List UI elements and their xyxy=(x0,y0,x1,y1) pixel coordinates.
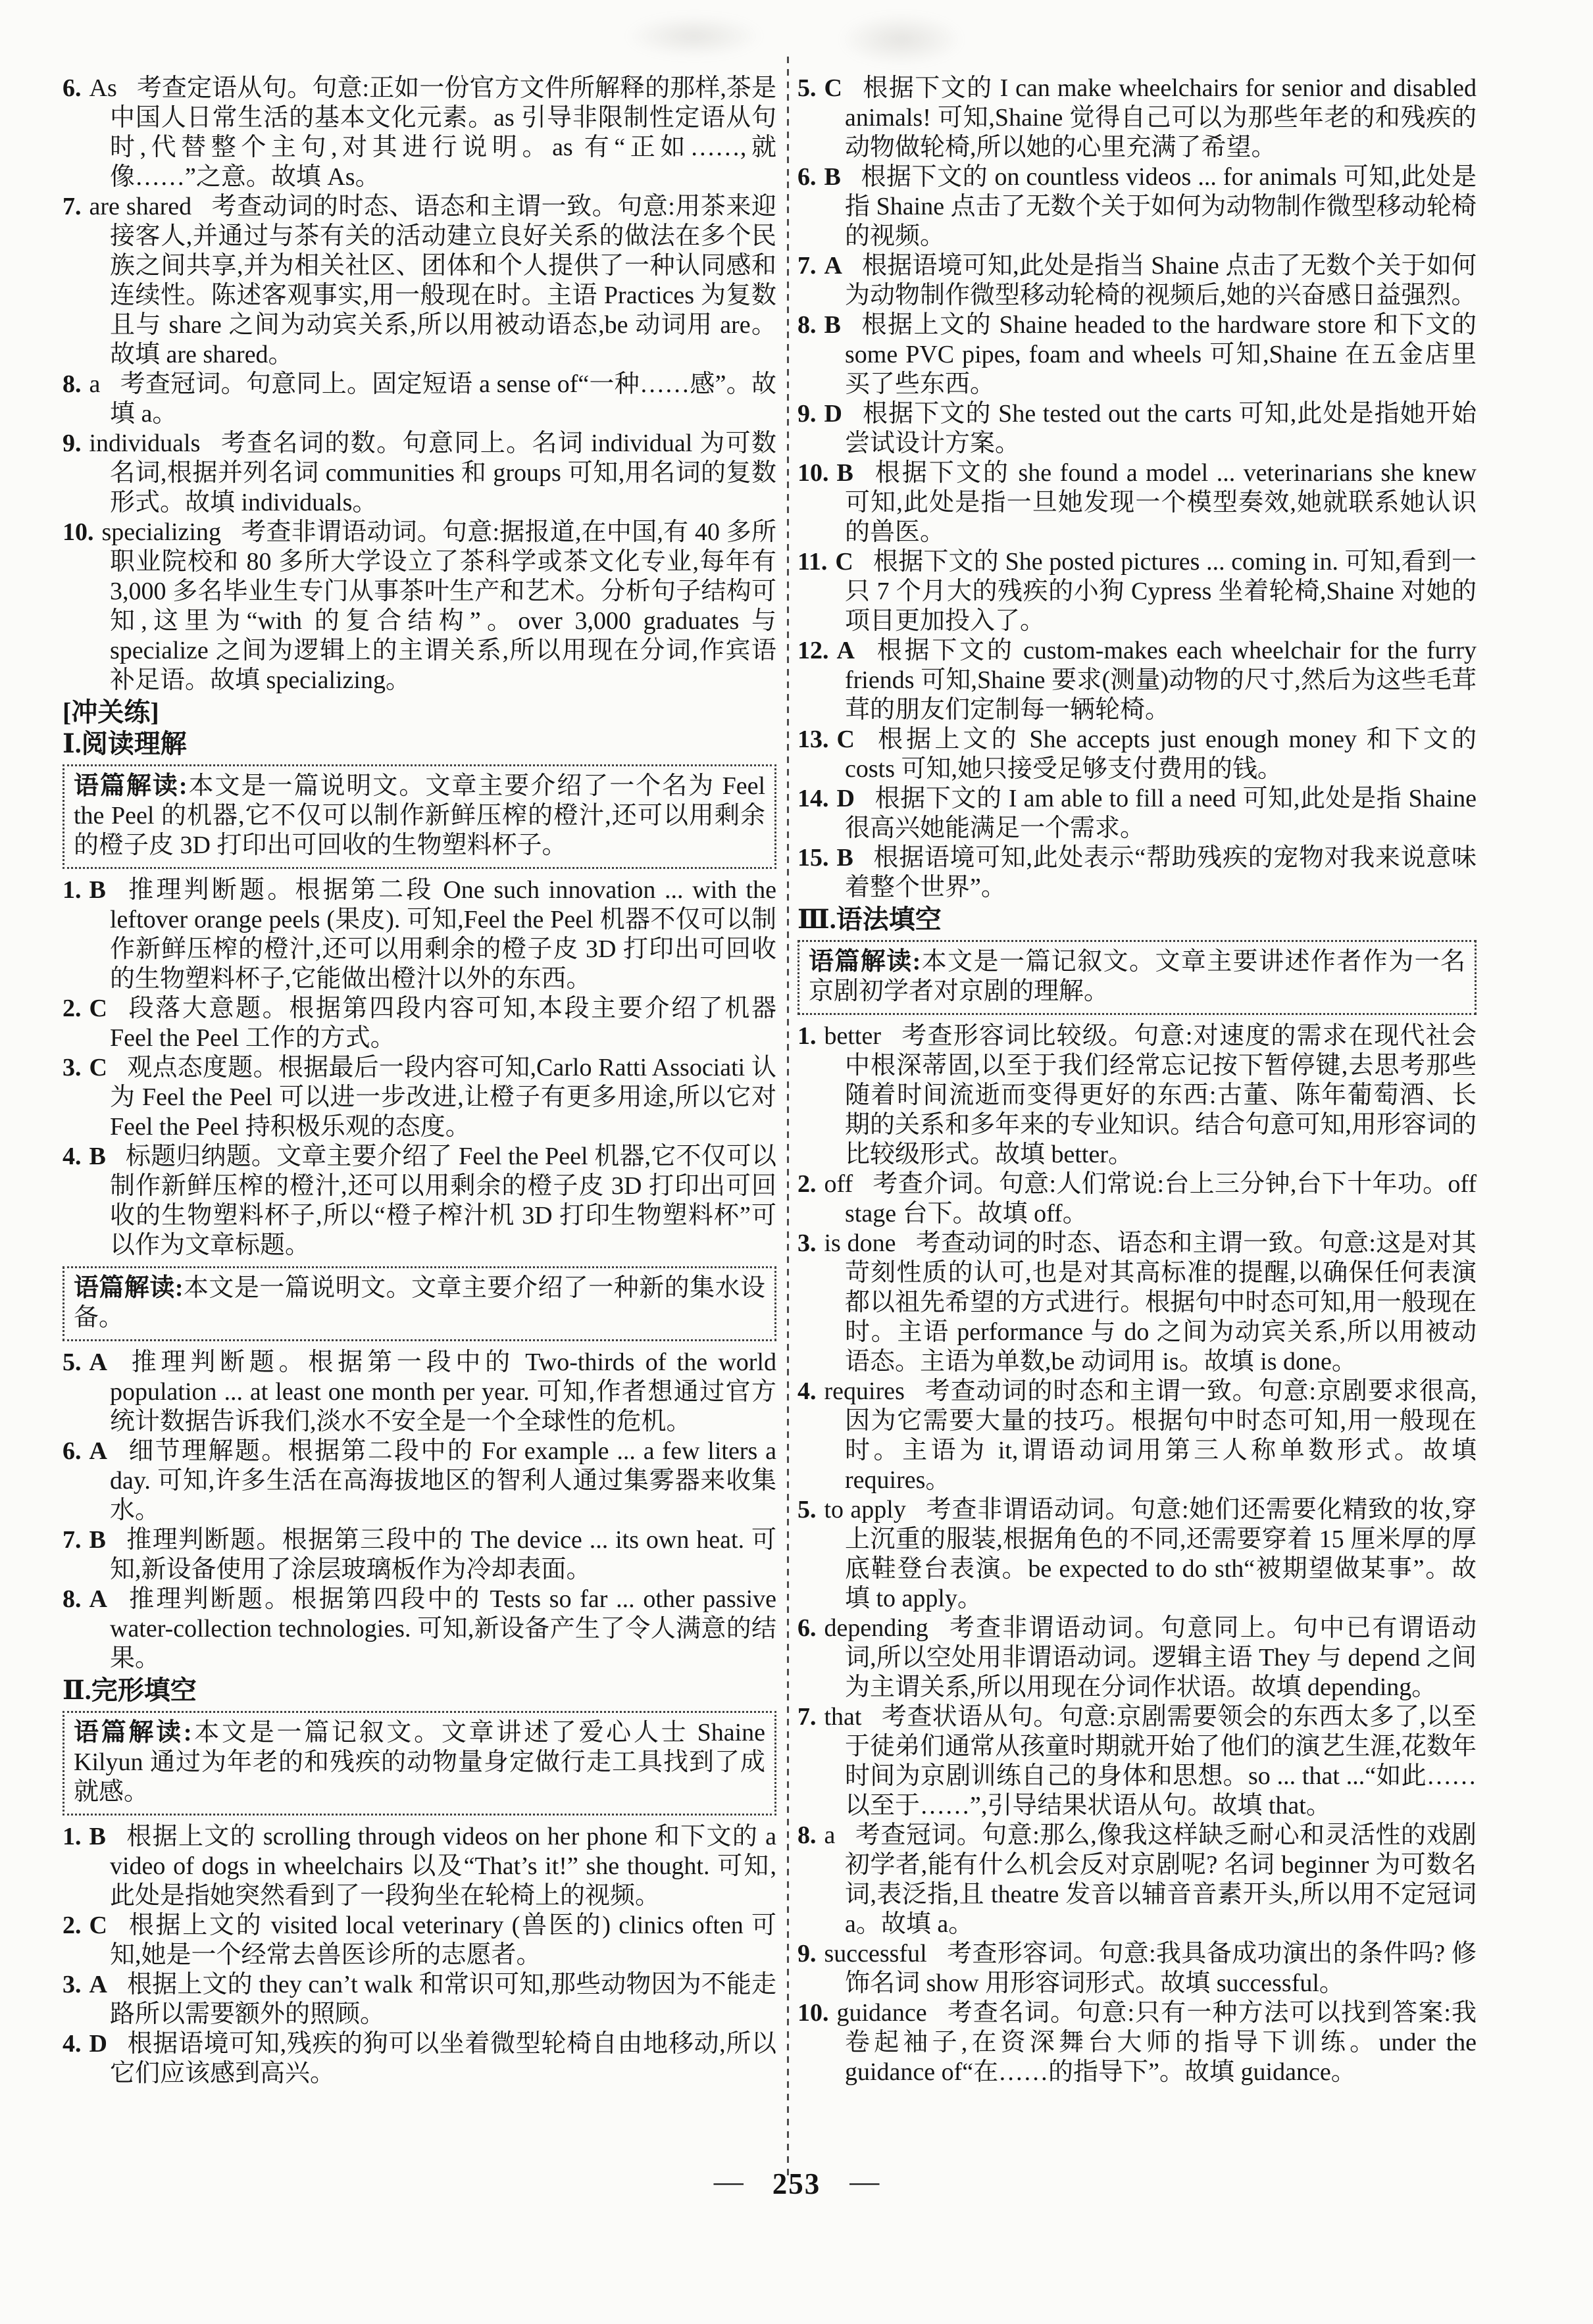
item-explanation: 根据下文的 she found a model ... veterinarian… xyxy=(845,459,1477,546)
item-explanation: 考查形容词比较级。句意:对速度的需求在现代社会中根深蒂固,以至于我们经常忘记按下… xyxy=(845,1022,1477,1168)
item-explanation: 考查动词的时态和主谓一致。句意:京剧要求很高,因为它需要大量的技巧。根据句中时态… xyxy=(845,1377,1477,1494)
item-explanation: 考查名词。句意:只有一种方法可以找到答案:我卷起袖子,在资深舞台大师的指导下训练… xyxy=(845,1999,1477,2086)
item-answer: A xyxy=(824,252,842,280)
item-number: 14. xyxy=(797,785,829,812)
item-number: 5. xyxy=(797,74,817,102)
item-number: 7. xyxy=(797,1703,817,1731)
item-answer: specializing xyxy=(102,518,221,546)
item-explanation: 观点态度题。根据最后一段内容可知,Carlo Ratti Associati 认… xyxy=(110,1054,776,1141)
item-number: 11. xyxy=(797,548,827,576)
item-explanation: 根据上文的 Shaine headed to the hardware stor… xyxy=(845,311,1477,398)
item-explanation: 考查定语从句。句意:正如一份官方文件所解释的那样,茶是中国人日常生活的基本文化元… xyxy=(110,74,776,191)
answer-item: 9.successful考查形容词。句意:我具备成功演出的条件吗? 修饰名词 s… xyxy=(797,1939,1477,1998)
item-explanation: 考查名词的数。句意同上。名词 individual 为可数名词,根据并列名词 c… xyxy=(110,430,776,516)
passage-analysis-label: 语篇解读: xyxy=(74,772,188,800)
answer-item: 1.better考查形容词比较级。句意:对速度的需求在现代社会中根深蒂固,以至于… xyxy=(797,1022,1477,1170)
item-answer: better xyxy=(824,1022,882,1050)
answer-item: 4.B标题归纳题。文章主要介绍了 Feel the Peel 机器,它不仅可以制… xyxy=(63,1142,776,1260)
answer-item: 4.requires考查动词的时态和主谓一致。句意:京剧要求很高,因为它需要大量… xyxy=(797,1377,1477,1495)
item-answer: depending xyxy=(824,1614,928,1642)
item-number: 5. xyxy=(797,1496,817,1523)
item-number: 6. xyxy=(63,1437,82,1465)
answer-item: 10.specializing考查非谓语动词。句意:据报道,在中国,有 40 多… xyxy=(63,518,776,695)
item-number: 7. xyxy=(797,252,817,280)
passage-analysis-label: 语篇解读: xyxy=(74,1274,183,1302)
passage-analysis-box: 语篇解读:本文是一篇记叙文。文章讲述了爱心人士 Shaine Kilyun 通过… xyxy=(63,1711,776,1816)
item-explanation: 段落大意题。根据第四段内容可知,本段主要介绍了机器 Feel the Peel … xyxy=(110,995,776,1052)
item-answer: requires xyxy=(824,1377,905,1405)
answer-item: 3.A根据上文的 they can’t walk 和常识可知,那些动物因为不能走… xyxy=(63,1970,776,2029)
item-number: 9. xyxy=(797,400,817,428)
item-number: 9. xyxy=(797,1940,817,1967)
answer-item: 6.As考查定语从句。句意:正如一份官方文件所解释的那样,茶是中国人日常生活的基… xyxy=(63,74,776,192)
item-answer: D xyxy=(89,2030,107,2058)
page-footer: —253— xyxy=(0,2165,1593,2202)
item-explanation: 考查非谓语动词。句意同上。句中已有谓语动词,所以空处用非谓语动词。逻辑主语 Th… xyxy=(845,1614,1477,1701)
answer-item: 6.A细节理解题。根据第二段中的 For example ... a few l… xyxy=(63,1437,776,1525)
passage-analysis-label: 语篇解读: xyxy=(809,948,921,976)
item-number: 7. xyxy=(63,1526,82,1554)
item-number: 1. xyxy=(63,1823,82,1850)
item-number: 12. xyxy=(797,637,829,664)
item-explanation: 考查形容词。句意:我具备成功演出的条件吗? 修饰名词 show 用形容词形式。故… xyxy=(845,1940,1477,1997)
left-column: 6.As考查定语从句。句意:正如一份官方文件所解释的那样,茶是中国人日常生活的基… xyxy=(63,74,776,2089)
item-explanation: 根据下文的 She tested out the carts 可知,此处是指她开… xyxy=(845,400,1477,457)
answer-item: 6.B根据下文的 on countless videos ... for ani… xyxy=(797,162,1477,251)
footer-dash-left: — xyxy=(714,2165,744,2198)
item-answer: B xyxy=(89,876,106,904)
item-explanation: 根据语境可知,残疾的狗可以坐着微型轮椅自由地移动,所以它们应该感到高兴。 xyxy=(110,2030,776,2087)
answer-item: 5.A推理判断题。根据第一段中的 Two-thirds of the world… xyxy=(63,1348,776,1437)
item-explanation: 根据上文的 She accepts just enough money 和下文的… xyxy=(845,726,1477,783)
answer-item: 1.B推理判断题。根据第二段 One such innovation ... w… xyxy=(63,876,776,994)
section-header-roman: Ⅲ.语法填空 xyxy=(797,904,1477,934)
item-answer: D xyxy=(837,785,855,812)
item-explanation: 推理判断题。根据第四段中的 Tests so far ... other pas… xyxy=(110,1585,776,1672)
item-explanation: 推理判断题。根据第三段中的 The device ... its own hea… xyxy=(110,1526,776,1583)
item-answer: to apply xyxy=(824,1496,906,1523)
section-header-bracket: [冲关练] xyxy=(63,697,776,727)
column-divider xyxy=(787,57,789,2181)
item-number: 3. xyxy=(797,1229,817,1257)
item-number: 8. xyxy=(63,370,82,398)
answer-item: 2.C根据上文的 visited local veterinary (兽医的) … xyxy=(63,1911,776,1970)
item-answer: B xyxy=(837,459,853,487)
answer-item: 3.C观点态度题。根据最后一段内容可知,Carlo Ratti Associat… xyxy=(63,1053,776,1142)
answer-item: 2.off考查介词。句意:人们常说:台上三分钟,台下十年功。off stage … xyxy=(797,1170,1477,1229)
item-answer: B xyxy=(837,844,853,872)
item-explanation: 考查冠词。句意同上。固定短语 a sense of“一种……感”。故填 a。 xyxy=(110,370,776,428)
page-number: 253 xyxy=(772,2167,821,2200)
answer-item: 5.C根据下文的 I can make wheelchairs for seni… xyxy=(797,74,1477,162)
answer-item: 9.D根据下文的 She tested out the carts 可知,此处是… xyxy=(797,399,1477,458)
right-column: 5.C根据下文的 I can make wheelchairs for seni… xyxy=(797,74,1477,2087)
item-answer: As xyxy=(89,74,117,102)
item-answer: B xyxy=(89,1143,106,1170)
item-explanation: 考查介词。句意:人们常说:台上三分钟,台下十年功。off stage 台下。故填… xyxy=(845,1170,1477,1227)
item-number: 1. xyxy=(797,1022,817,1050)
passage-analysis-label: 语篇解读: xyxy=(74,1719,192,1746)
answer-item: 15.B根据语境可知,此处表示“帮助残疾的宠物对我来说意味着整个世界”。 xyxy=(797,843,1477,902)
answer-item: 7.are shared考查动词的时态、语态和主谓一致。句意:用茶来迎接客人,并… xyxy=(63,192,776,370)
item-answer: A xyxy=(89,1348,107,1376)
item-answer: a xyxy=(89,370,101,398)
item-explanation: 推理判断题。根据第二段 One such innovation ... with… xyxy=(110,876,776,993)
item-explanation: 细节理解题。根据第二段中的 For example ... a few lite… xyxy=(110,1437,776,1524)
answer-item: 12.A根据下文的 custom-makes each wheelchair f… xyxy=(797,636,1477,725)
answer-item: 7.B推理判断题。根据第三段中的 The device ... its own … xyxy=(63,1525,776,1585)
item-answer: C xyxy=(89,1912,107,1939)
item-answer: A xyxy=(89,1585,107,1613)
section-header-roman: Ⅱ.完形填空 xyxy=(63,1675,776,1705)
item-explanation: 根据下文的 I can make wheelchairs for senior … xyxy=(845,74,1477,161)
item-explanation: 根据语境可知,此处表示“帮助残疾的宠物对我来说意味着整个世界”。 xyxy=(845,844,1477,901)
answer-item: 7.A根据语境可知,此处是指当 Shaine 点击了无数个关于如何为动物制作微型… xyxy=(797,251,1477,310)
item-answer: individuals xyxy=(89,430,201,457)
answer-item: 8.B根据上文的 Shaine headed to the hardware s… xyxy=(797,310,1477,399)
item-number: 8. xyxy=(797,1821,817,1849)
item-number: 13. xyxy=(797,726,829,753)
item-number: 4. xyxy=(63,2030,82,2058)
item-answer: is done xyxy=(824,1229,896,1257)
answer-item: 1.B根据上文的 scrolling through videos on her… xyxy=(63,1822,776,1911)
item-number: 8. xyxy=(63,1585,82,1613)
item-number: 8. xyxy=(797,311,817,339)
item-number: 4. xyxy=(63,1143,82,1170)
item-answer: C xyxy=(89,1054,107,1081)
item-explanation: 考查动词的时态、语态和主谓一致。句意:这是对其苛刻性质的认可,也是对其高标准的提… xyxy=(845,1229,1477,1375)
answer-item: 10.guidance考查名词。句意:只有一种方法可以找到答案:我卷起袖子,在资… xyxy=(797,1998,1477,2087)
item-answer: B xyxy=(824,311,841,339)
item-answer: A xyxy=(837,637,855,664)
item-answer: C xyxy=(837,726,855,753)
item-explanation: 考查状语从句。句意:京剧需要领会的东西太多了,以至于徒弟们通常从孩童时期就开始了… xyxy=(845,1703,1477,1819)
item-number: 2. xyxy=(63,995,82,1022)
item-number: 7. xyxy=(63,193,82,220)
item-explanation: 根据下文的 I am able to fill a need 可知,此处是指 S… xyxy=(845,785,1477,842)
answer-item: 14.D根据下文的 I am able to fill a need 可知,此处… xyxy=(797,784,1477,843)
item-number: 3. xyxy=(63,1971,82,1998)
footer-dash-right: — xyxy=(849,2165,879,2198)
item-number: 6. xyxy=(63,74,82,102)
item-number: 5. xyxy=(63,1348,82,1376)
item-answer: A xyxy=(89,1971,107,1998)
item-explanation: 推理判断题。根据第一段中的 Two-thirds of the world po… xyxy=(110,1348,776,1435)
item-number: 9. xyxy=(63,430,82,457)
item-answer: D xyxy=(824,400,842,428)
item-number: 2. xyxy=(63,1912,82,1939)
item-explanation: 标题归纳题。文章主要介绍了 Feel the Peel 机器,它不仅可以制作新鲜… xyxy=(110,1143,776,1259)
section-header-roman: Ⅰ.阅读理解 xyxy=(63,729,776,758)
item-answer: are shared xyxy=(89,193,192,220)
passage-analysis-box: 语篇解读:本文是一篇说明文。文章主要介绍了一种新的集水设备。 xyxy=(63,1266,776,1341)
item-explanation: 根据语境可知,此处是指当 Shaine 点击了无数个关于如何为动物制作微型移动轮… xyxy=(845,252,1477,309)
answer-item: 10.B根据下文的 she found a model ... veterina… xyxy=(797,458,1477,547)
item-explanation: 考查冠词。句意:那么,像我这样缺乏耐心和灵活性的戏剧初学者,能有什么机会反对京剧… xyxy=(845,1821,1477,1938)
passage-analysis-box: 语篇解读:本文是一篇记叙文。文章主要讲述作者作为一名京剧初学者对京剧的理解。 xyxy=(797,940,1477,1015)
answer-key-page: 6.As考查定语从句。句意:正如一份官方文件所解释的那样,茶是中国人日常生活的基… xyxy=(0,0,1593,2324)
answer-item: 8.A推理判断题。根据第四段中的 Tests so far ... other … xyxy=(63,1585,776,1673)
item-number: 10. xyxy=(63,518,94,546)
answer-item: 8.a考查冠词。句意:那么,像我这样缺乏耐心和灵活性的戏剧初学者,能有什么机会反… xyxy=(797,1821,1477,1939)
item-explanation: 考查非谓语动词。句意:她们还需要化精致的妆,穿上沉重的服装,根据角色的不同,还需… xyxy=(845,1496,1477,1612)
item-answer: C xyxy=(89,995,107,1022)
item-number: 4. xyxy=(797,1377,817,1405)
item-number: 15. xyxy=(797,844,829,872)
item-number: 1. xyxy=(63,876,82,904)
answer-item: 13.C根据上文的 She accepts just enough money … xyxy=(797,725,1477,784)
item-answer: B xyxy=(89,1823,106,1850)
item-explanation: 根据上文的 they can’t walk 和常识可知,那些动物因为不能走路所以… xyxy=(110,1971,776,2028)
item-number: 3. xyxy=(63,1054,82,1081)
item-explanation: 根据上文的 scrolling through videos on her ph… xyxy=(110,1823,776,1910)
item-answer: C xyxy=(824,74,842,102)
item-number: 10. xyxy=(797,1999,829,2027)
scan-smudge xyxy=(839,13,964,66)
item-answer: a xyxy=(824,1821,836,1849)
answer-item: 4.D根据语境可知,残疾的狗可以坐着微型轮椅自由地移动,所以它们应该感到高兴。 xyxy=(63,2029,776,2089)
item-explanation: 根据下文的 custom-makes each wheelchair for t… xyxy=(845,637,1477,724)
answer-item: 9.individuals考查名词的数。句意同上。名词 individual 为… xyxy=(63,429,776,518)
item-answer: B xyxy=(89,1526,106,1554)
item-explanation: 根据上文的 visited local veterinary (兽医的) cli… xyxy=(110,1912,776,1969)
passage-analysis-box: 语篇解读:本文是一篇说明文。文章主要介绍了一个名为 Feel the Peel … xyxy=(63,764,776,869)
item-number: 6. xyxy=(797,163,817,191)
answer-item: 8.a考查冠词。句意同上。固定短语 a sense of“一种……感”。故填 a… xyxy=(63,370,776,429)
answer-item: 3.is done考查动词的时态、语态和主谓一致。句意:这是对其苛刻性质的认可,… xyxy=(797,1229,1477,1377)
scan-smudge xyxy=(625,14,763,58)
item-number: 6. xyxy=(797,1614,817,1642)
item-number: 2. xyxy=(797,1170,817,1198)
item-answer: C xyxy=(835,548,853,576)
item-explanation: 考查动词的时态、语态和主谓一致。句意:用茶来迎接客人,并通过与茶有关的活动建立良… xyxy=(110,193,776,368)
item-answer: that xyxy=(824,1703,862,1731)
item-answer: successful xyxy=(824,1940,927,1967)
item-answer: guidance xyxy=(837,1999,927,2027)
item-answer: B xyxy=(824,163,841,191)
answer-item: 6.depending考查非谓语动词。句意同上。句中已有谓语动词,所以空处用非谓… xyxy=(797,1614,1477,1702)
item-number: 10. xyxy=(797,459,829,487)
item-explanation: 根据下文的 She posted pictures ... coming in.… xyxy=(845,548,1477,635)
item-explanation: 根据下文的 on countless videos ... for animal… xyxy=(845,163,1477,250)
answer-item: 2.C段落大意题。根据第四段内容可知,本段主要介绍了机器 Feel the Pe… xyxy=(63,994,776,1053)
item-answer: off xyxy=(824,1170,853,1198)
answer-item: 7.that考查状语从句。句意:京剧需要领会的东西太多了,以至于徒弟们通常从孩童… xyxy=(797,1702,1477,1821)
answer-item: 11.C根据下文的 She posted pictures ... coming… xyxy=(797,547,1477,636)
item-answer: A xyxy=(89,1437,107,1465)
answer-item: 5.to apply考查非谓语动词。句意:她们还需要化精致的妆,穿上沉重的服装,… xyxy=(797,1495,1477,1614)
